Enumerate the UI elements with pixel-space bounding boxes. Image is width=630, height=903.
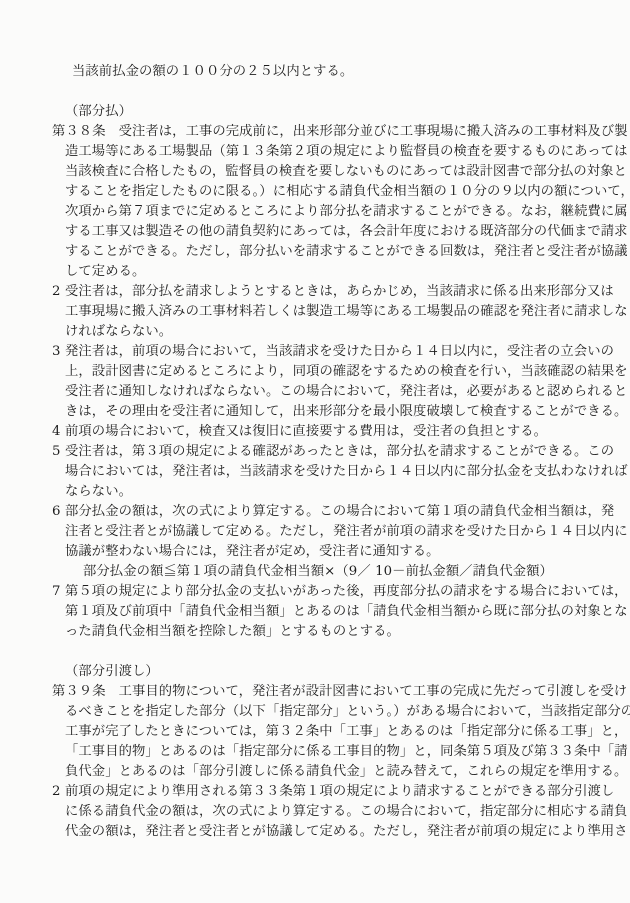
item-first-line: 7第５項の規定により部分払金の支払いがあった後，再度部分払の請求をする場合におい…	[52, 582, 612, 602]
text-line: 注者と受注者とが協議して定める。ただし，発注者が前項の請求を受けた日から１４日以…	[52, 522, 612, 542]
item-number: 2	[52, 782, 65, 802]
line-text: きは，その理由を受注者に通知して，出来形部分を最小限度破壊して検査することができ…	[65, 404, 627, 419]
line-text: （部分引渡し）	[65, 664, 159, 679]
line-text: 受注者は，第３項の規定による確認があったときは，部分払を請求することができる。こ…	[65, 444, 614, 459]
item-number: 4	[52, 422, 65, 442]
line-text: 当該検査に合格したもの，監督員の検査を要しないものにあっては設計図書で部分払の対…	[65, 164, 627, 179]
line-text: 協議が整わない場合には，発注者が定め，受注者に通知する。	[65, 544, 440, 559]
line-text: に係る請負代金の額は，次の式により算定する。この場合において，指定部分に相応する…	[65, 804, 627, 819]
line-text: 第５項の規定により部分払金の支払いがあった後，再度部分払の請求をする場合において…	[65, 584, 628, 599]
text-line: 当該前払金の額の１００分の２５以内とする。	[52, 62, 612, 82]
item-first-line: 2前項の規定により準用される第３３条第１項の規定により請求することができる部分引…	[52, 782, 612, 802]
text-line: 代金の額は，発注者と受注者とが協議して定める。ただし，発注者が前項の規定により準…	[52, 822, 612, 842]
text-line: して定める。	[52, 262, 612, 282]
line-text: 造工場等にある工場製品（第１３条第２項の規定により監督員の検査を要するものにあっ…	[65, 144, 628, 159]
text-line: 造工場等にある工場製品（第１３条第２項の規定により監督員の検査を要するものにあっ…	[52, 142, 612, 162]
article-number: 第３８条	[52, 122, 106, 142]
line-text: 工事目的物について，発注者が設計図書において工事の完成に先だって引渡しを受け	[119, 684, 628, 699]
item-first-line: 3発注者は，前項の場合において，当該請求を受けた日から１４日以内に，受注者の立会…	[52, 342, 612, 362]
text-line: 上，設計図書に定めるところにより，同項の確認をするための検査を行い，当該確認の結…	[52, 362, 612, 382]
item-first-line: 4前項の場合において，検査又は復旧に直接要する費用は，受注者の負担とする。	[52, 422, 612, 442]
line-text: 第１項及び前項中「請負代金相当額」とあるのは「請負代金相当額から既に部分払の対象…	[65, 604, 628, 619]
line-text: 部分払金の額は，次の式により算定する。この場合において第１項の請負代金相当額は，…	[65, 504, 614, 519]
item-number: 3	[52, 342, 65, 362]
formula-line: 部分払金の額≦第１項の請負代金相当額×（9／ 10－前払金額／請負代金額）	[52, 562, 612, 582]
line-text: 「工事目的物」とあるのは「指定部分に係る工事目的物」と，同条第５項及び第３３条中…	[65, 744, 628, 759]
line-text: 注者と受注者とが協議して定める。ただし，発注者が前項の請求を受けた日から１４日以…	[65, 524, 628, 539]
line-text: 受注者に通知しなければならない。この場合において，発注者は，必要があると認められ…	[65, 384, 627, 399]
text-line: ければならない。	[52, 322, 612, 342]
line-text: 当該前払金の額の１００分の２５以内とする。	[72, 64, 353, 79]
line-text: 発注者は，前項の場合において，当該請求を受けた日から１４日以内に，受注者の立会い…	[65, 344, 614, 359]
item-first-line: 2受注者は，部分払を請求しようとするときは，あらかじめ，当該請求に係る出来形部分…	[52, 282, 612, 302]
line-text: して定める。	[65, 264, 145, 279]
item-number: 7	[52, 582, 65, 602]
text-line: することを指定したものに限る。）に相応する請負代金相当額の１０分の９以内の額につ…	[52, 182, 612, 202]
item-number: 6	[52, 502, 65, 522]
text-line: することができる。ただし，部分払いを請求することができる回数は，発注者と受注者が…	[52, 242, 612, 262]
line-text: する工事又は製造その他の請負契約にあっては，各会計年度における既済部分の代価まで…	[65, 224, 628, 239]
text-line: ならない。	[52, 482, 612, 502]
item-number: 2	[52, 282, 65, 302]
line-text: 前項の規定により準用される第３３条第１項の規定により請求することができる部分引渡…	[65, 784, 614, 799]
document-body: 当該前払金の額の１００分の２５以内とする。（部分払）第３８条受注者は，工事の完成…	[52, 62, 612, 842]
text-line: るべきことを指定した部分（以下「指定部分」という。）がある場合において，当該指定…	[52, 702, 612, 722]
line-text: （部分払）	[65, 104, 132, 119]
line-text: 負代金」とあるのは「部分引渡しに係る請負代金」と読み替えて，これらの規定を準用す…	[65, 764, 627, 779]
text-line: 協議が整わない場合には，発注者が定め，受注者に通知する。	[52, 542, 612, 562]
line-text: 工事が完了したときについては，第３２条中「工事」とあるのは「指定部分に係る工事」…	[65, 724, 627, 739]
text-line: 受注者に通知しなければならない。この場合において，発注者は，必要があると認められ…	[52, 382, 612, 402]
line-text: 次項から第７項までに定めるところにより部分払を請求することができる。なお，継続費…	[65, 204, 628, 219]
line-text: った請負代金相当額を控除した額」とするものとする。	[65, 624, 400, 639]
document-page: 当該前払金の額の１００分の２５以内とする。（部分払）第３８条受注者は，工事の完成…	[0, 0, 630, 903]
text-line: きは，その理由を受注者に通知して，出来形部分を最小限度破壊して検査することができ…	[52, 402, 612, 422]
item-number: 5	[52, 442, 65, 462]
line-text: 代金の額は，発注者と受注者とが協議して定める。ただし，発注者が前項の規定により準…	[65, 824, 628, 839]
item-first-line: 5受注者は，第３項の規定による確認があったときは，部分払を請求することができる。…	[52, 442, 612, 462]
line-text: することを指定したものに限る。）に相応する請負代金相当額の１０分の９以内の額につ…	[65, 184, 630, 199]
text-line: 場合においては，発注者は，当該請求を受けた日から１４日以内に部分払金を支払わなけ…	[52, 462, 612, 482]
section-heading: （部分払）	[52, 102, 612, 122]
line-text: 受注者は，工事の完成前に，出来形部分並びに工事現場に搬入済みの工事材料及び製	[119, 124, 628, 139]
item-first-line: 6部分払金の額は，次の式により算定する。この場合において第１項の請負代金相当額は…	[52, 502, 612, 522]
article-first-line: 第３９条工事目的物について，発注者が設計図書において工事の完成に先だって引渡しを…	[52, 682, 612, 702]
text-line: 工事が完了したときについては，第３２条中「工事」とあるのは「指定部分に係る工事」…	[52, 722, 612, 742]
text-line: 工事現場に搬入済みの工事材料若しくは製造工場等にある工場製品の確認を発注者に請求…	[52, 302, 612, 322]
text-line: 負代金」とあるのは「部分引渡しに係る請負代金」と読み替えて，これらの規定を準用す…	[52, 762, 612, 782]
section-heading: （部分引渡し）	[52, 662, 612, 682]
text-line: に係る請負代金の額は，次の式により算定する。この場合において，指定部分に相応する…	[52, 802, 612, 822]
article-first-line: 第３８条受注者は，工事の完成前に，出来形部分並びに工事現場に搬入済みの工事材料及…	[52, 122, 612, 142]
text-line: 「工事目的物」とあるのは「指定部分に係る工事目的物」と，同条第５項及び第３３条中…	[52, 742, 612, 762]
line-text: 受注者は，部分払を請求しようとするときは，あらかじめ，当該請求に係る出来形部分又…	[65, 284, 614, 299]
text-line: 当該検査に合格したもの，監督員の検査を要しないものにあっては設計図書で部分払の対…	[52, 162, 612, 182]
line-text: るべきことを指定した部分（以下「指定部分」という。）がある場合において，当該指定…	[65, 704, 630, 719]
line-text: 部分払金の額≦第１項の請負代金相当額×（9／ 10－前払金額／請負代金額）	[83, 564, 553, 579]
line-text: することができる。ただし，部分払いを請求することができる回数は，発注者と受注者が…	[65, 244, 628, 259]
line-text: 前項の場合において，検査又は復旧に直接要する費用は，受注者の負担とする。	[65, 424, 547, 439]
blank-line	[52, 642, 612, 662]
text-line: った請負代金相当額を控除した額」とするものとする。	[52, 622, 612, 642]
text-line: 第１項及び前項中「請負代金相当額」とあるのは「請負代金相当額から既に部分払の対象…	[52, 602, 612, 622]
line-text: ければならない。	[65, 324, 172, 339]
article-number: 第３９条	[52, 682, 106, 702]
text-line: 次項から第７項までに定めるところにより部分払を請求することができる。なお，継続費…	[52, 202, 612, 222]
blank-line	[52, 82, 612, 102]
line-text: 上，設計図書に定めるところにより，同項の確認をするための検査を行い，当該確認の結…	[65, 364, 628, 379]
line-text: 工事現場に搬入済みの工事材料若しくは製造工場等にある工場製品の確認を発注者に請求…	[65, 304, 628, 319]
line-text: 場合においては，発注者は，当該請求を受けた日から１４日以内に部分払金を支払わなけ…	[65, 464, 628, 479]
line-text: ならない。	[65, 484, 132, 499]
text-line: する工事又は製造その他の請負契約にあっては，各会計年度における既済部分の代価まで…	[52, 222, 612, 242]
